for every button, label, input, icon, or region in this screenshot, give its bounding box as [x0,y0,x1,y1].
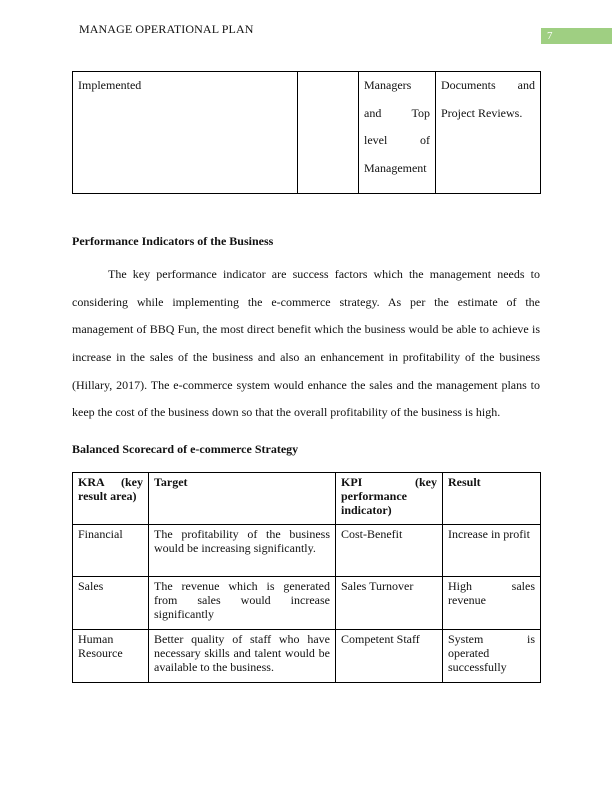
section-heading-performance-indicators: Performance Indicators of the Business [72,234,273,249]
page-number-badge: 7 [541,28,612,44]
running-header-title: MANAGE OPERATIONAL PLAN [79,22,254,37]
table-cell: Implemented [73,72,298,194]
continued-table: Implemented Managers and Top level of Ma… [72,71,541,194]
balanced-scorecard-table: KRA (key result area) Target KPI (key pe… [72,472,541,683]
table-cell: Sales Turnover [336,577,443,630]
column-header-result: Result [443,473,541,525]
table-row: Financial The profitability of the busin… [73,525,541,577]
table-header-row: KRA (key result area) Target KPI (key pe… [73,473,541,525]
body-paragraph: The key performance indicator are succes… [72,261,540,427]
cell-line: level of [364,127,430,155]
table-cell: High sales revenue [443,577,541,630]
column-header-kpi: KPI (key performance indicator) [336,473,443,525]
table-cell: Cost-Benefit [336,525,443,577]
column-header-target: Target [149,473,336,525]
table-cell: The profitability of the business would … [149,525,336,577]
table-cell: Competent Staff [336,630,443,683]
paragraph-line: considering while implementing the e-com… [72,289,540,317]
section-heading-balanced-scorecard: Balanced Scorecard of e-commerce Strateg… [72,442,298,457]
table-row: Human Resource Better quality of staff w… [73,630,541,683]
table-cell: Increase in profit [443,525,541,577]
paragraph-line: The key performance indicator are succes… [72,261,540,289]
paragraph-line: increase in the sales of the business an… [72,344,540,372]
paragraph-line: management of BBQ Fun, the most direct b… [72,316,540,344]
cell-line: Management [364,155,430,183]
table-row: Sales The revenue which is generated fro… [73,577,541,630]
table-cell [298,72,359,194]
cell-line: Documents and [441,72,535,100]
cell-line: Managers [364,72,430,100]
table-row: Implemented Managers and Top level of Ma… [73,72,541,194]
paragraph-line: keep the cost of the business down so th… [72,399,540,427]
table-cell: Managers and Top level of Management [359,72,436,194]
cell-line: Project Reviews. [441,100,535,128]
column-header-kra: KRA (key result area) [73,473,149,525]
table-cell: Human Resource [73,630,149,683]
table-cell: Documents and Project Reviews. [436,72,541,194]
paragraph-line: (Hillary, 2017). The e-commerce system w… [72,372,540,400]
cell-line: and Top [364,100,430,128]
table-cell: System is operated successfully [443,630,541,683]
table-cell: The revenue which is generated from sale… [149,577,336,630]
table-cell: Better quality of staff who have necessa… [149,630,336,683]
table-cell: Sales [73,577,149,630]
table-cell: Financial [73,525,149,577]
